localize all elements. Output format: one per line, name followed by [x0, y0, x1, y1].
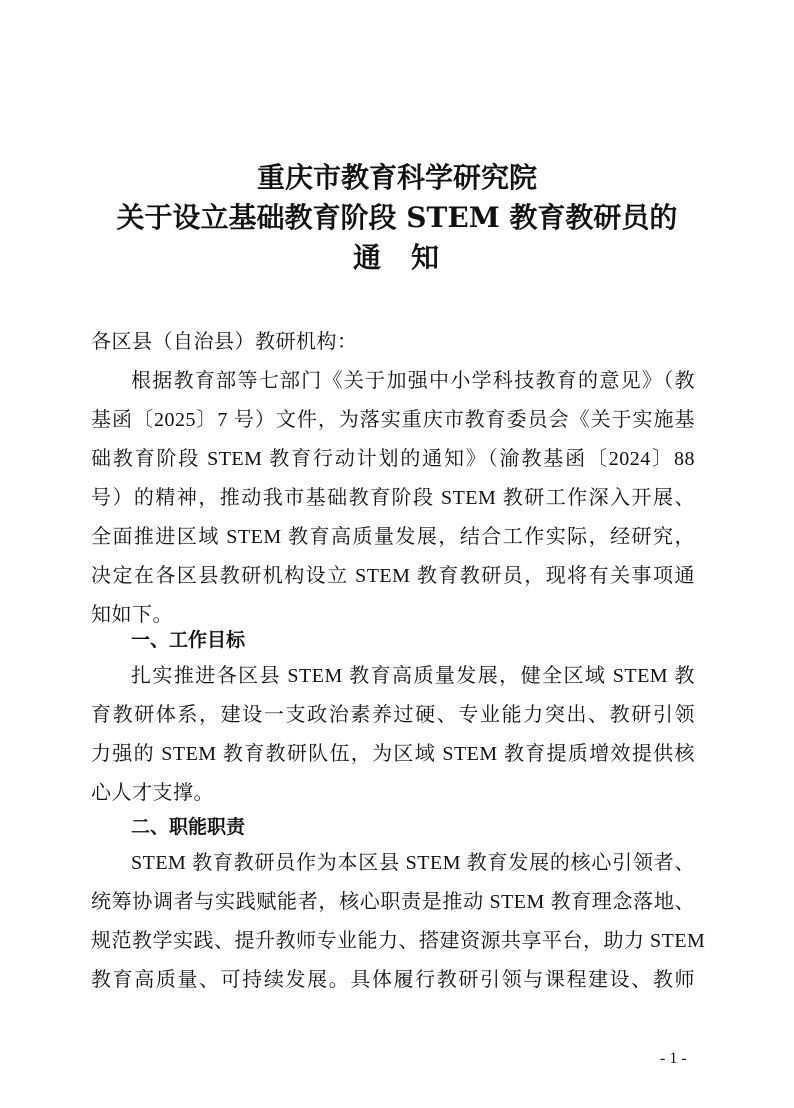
section-line: 教育高质量、可持续发展。具体履行教研引领与课程建设、教师 — [91, 966, 695, 994]
section-line: 育教研体系，建设一支政治素养过硬、专业能力突出、教研引领 — [91, 701, 695, 729]
salutation: 各区县（自治县）教研机构： — [91, 328, 695, 356]
document-page: 重庆市教育科学研究院 关于设立基础教育阶段 STEM 教育教研员的 通知 各区县… — [0, 0, 794, 1108]
title-line-3: 通知 — [0, 240, 794, 276]
section-heading-goals: 一、工作目标 — [131, 626, 245, 654]
section-line: 规范教学实践、提升教师专业能力、搭建资源共享平台，助力 STEM — [91, 927, 695, 955]
page-number: - 1 - — [660, 1050, 687, 1068]
section-line: 力强的 STEM 教育教研队伍，为区域 STEM 教育提质增效提供核 — [91, 740, 695, 768]
section-line: 心人才支撑。 — [91, 779, 695, 807]
section-line: 扎实推进各区县 STEM 教育高质量发展，健全区域 STEM 教 — [131, 662, 695, 690]
section-line: STEM 教育教研员作为本区县 STEM 教育发展的核心引领者、 — [131, 849, 695, 877]
title-line-2: 关于设立基础教育阶段 STEM 教育教研员的 — [0, 200, 794, 236]
intro-line: 基函〔2025〕7 号）文件，为落实重庆市教育委员会《关于实施基 — [91, 406, 695, 434]
title-char-2: 知 — [411, 241, 441, 274]
intro-line: 全面推进区域 STEM 教育高质量发展，结合工作实际，经研究， — [91, 523, 695, 551]
intro-line: 根据教育部等七部门《关于加强中小学科技教育的意见》（教 — [131, 367, 695, 395]
intro-line: 号）的精神，推动我市基础教育阶段 STEM 教研工作深入开展、 — [91, 484, 695, 512]
intro-line: 础教育阶段 STEM 教育行动计划的通知》（渝教基函〔2024〕88 — [91, 445, 695, 473]
intro-line: 决定在各区县教研机构设立 STEM 教育教研员，现将有关事项通 — [91, 562, 695, 590]
section-line: 统筹协调者与实践赋能者，核心职责是推动 STEM 教育理念落地、 — [91, 888, 695, 916]
title-line-1: 重庆市教育科学研究院 — [0, 160, 794, 196]
title-char-1: 通 — [353, 241, 383, 274]
intro-line: 知如下。 — [91, 601, 695, 629]
section-heading-duties: 二、职能职责 — [131, 813, 245, 841]
